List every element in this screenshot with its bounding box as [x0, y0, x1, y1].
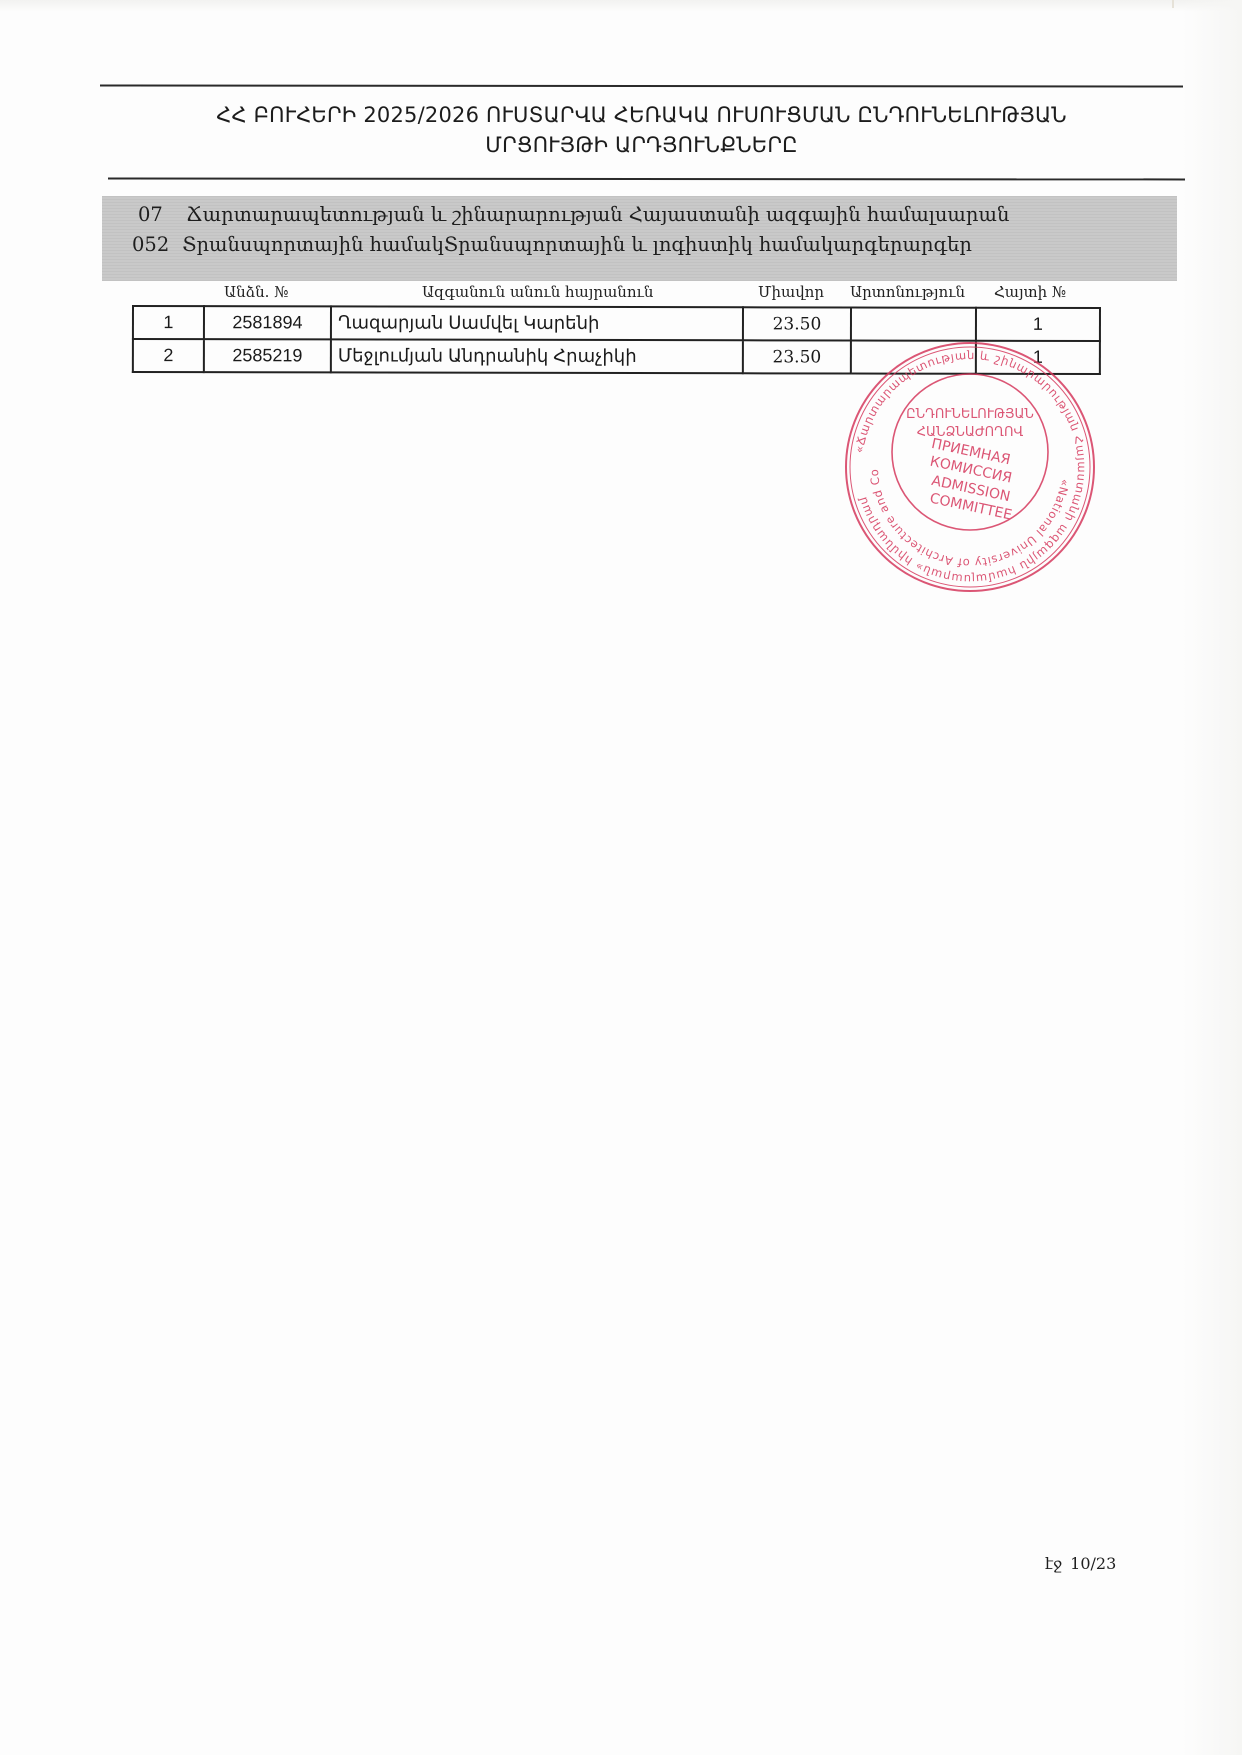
table-header: Անձն. № Ազգանուն անուն հայրանուն Միավոր …: [132, 283, 1100, 303]
program-line: 052 Տրանսպորտային համակՏրանսպորտային և լ…: [132, 233, 972, 256]
stamp-center-ru-1: ПРИЕМНАЯ: [930, 436, 1012, 468]
title-divider: [108, 178, 1185, 181]
stamp-rings: [846, 343, 1094, 591]
header-score: Միավոր: [758, 283, 824, 301]
scan-shadow: [1182, 0, 1242, 1755]
institution-name: Ճարտարապետության և շինարարության Հայաստա…: [186, 203, 1009, 226]
cell-rank: 2: [133, 339, 204, 372]
stamp-ring-hy: «Ճարտարապետության և շինարարության Հայաստ…: [852, 348, 1089, 586]
institution-code: 07: [138, 203, 180, 226]
page-number: էջ10/23: [1045, 1554, 1116, 1573]
cell-name: Մեջլումյան Անդրանիկ Հրաչիկի: [331, 339, 743, 373]
stamp-center-en-1: ADMISSION: [930, 473, 1012, 505]
stamp-center-ru-2: КОМИССИЯ: [928, 454, 1013, 487]
admission-committee-stamp: «Ճարտարապետության և շինարարության Հայաստ…: [838, 340, 1102, 594]
institution-line: 07 Ճարտարապետության և շինարարության Հայա…: [132, 203, 1009, 226]
title-line-1: ՀՀ ԲՈՒՀԵՐԻ 2025/2026 ՈՒՍՏԱՐՎԱ ՀԵՌԱԿԱ ՈՒՍ…: [100, 100, 1183, 130]
cell-rank: 1: [133, 306, 204, 339]
cell-privilege: [851, 341, 976, 374]
results-table: 1 2581894 Ղազարյան Սամվել Կարենի 23.50 1…: [132, 305, 1101, 375]
cell-id: 2581894: [204, 306, 331, 339]
header-id: Անձն. №: [224, 283, 288, 301]
header-name: Ազգանուն անուն հայրանուն: [422, 283, 653, 301]
document-title: ՀՀ ԲՈՒՀԵՐԻ 2025/2026 ՈՒՍՏԱՐՎԱ ՀԵՌԱԿԱ ՈՒՍ…: [100, 100, 1183, 160]
program-code: 052: [132, 233, 176, 256]
cell-id: 2585219: [204, 339, 331, 372]
stamp-center-en-2: COMMITTEE: [928, 491, 1013, 524]
cell-application: 1: [976, 341, 1100, 374]
header-application: Հայտի №: [994, 283, 1066, 301]
top-divider: [100, 85, 1183, 88]
table-row: 2 2585219 Մեջլումյան Անդրանիկ Հրաչիկի 23…: [133, 339, 1100, 374]
stamp-center-hy-2: ՀԱՆՁՆԱԺՈՂՈՎ: [917, 425, 1024, 440]
table-row: 1 2581894 Ղազարյան Սամվել Կարենի 23.50 1: [133, 306, 1100, 341]
cell-name: Ղազարյան Սամվել Կարենի: [331, 306, 743, 340]
program-header-band: 07 Ճարտարապետության և շինարարության Հայա…: [102, 196, 1177, 281]
svg-text:«Ճարտարապետության և շինարարութ: «Ճարտարապետության և շինարարության Հայաստ…: [852, 348, 1089, 586]
program-name: Տրանսպորտային համակՏրանսպորտային և լոգիս…: [182, 233, 972, 256]
cell-privilege: [851, 308, 976, 341]
header-privilege: Արտոնություն: [850, 283, 965, 301]
title-line-2: ՄՐՑՈՒՅԹԻ ԱՐԴՅՈՒՆՔՆԵՐԸ: [100, 130, 1183, 160]
page-value: 10/23: [1070, 1554, 1116, 1573]
cell-score: 23.50: [743, 340, 851, 373]
page-label: էջ: [1045, 1554, 1062, 1573]
scan-edge: [0, 0, 1242, 12]
cell-application: 1: [976, 308, 1100, 341]
stamp-center-hy-1: ԸՆԴՈՒՆԵԼՈՒԹՅԱՆ: [906, 407, 1034, 422]
scan-crease: [1172, 0, 1174, 8]
cell-score: 23.50: [743, 307, 851, 340]
